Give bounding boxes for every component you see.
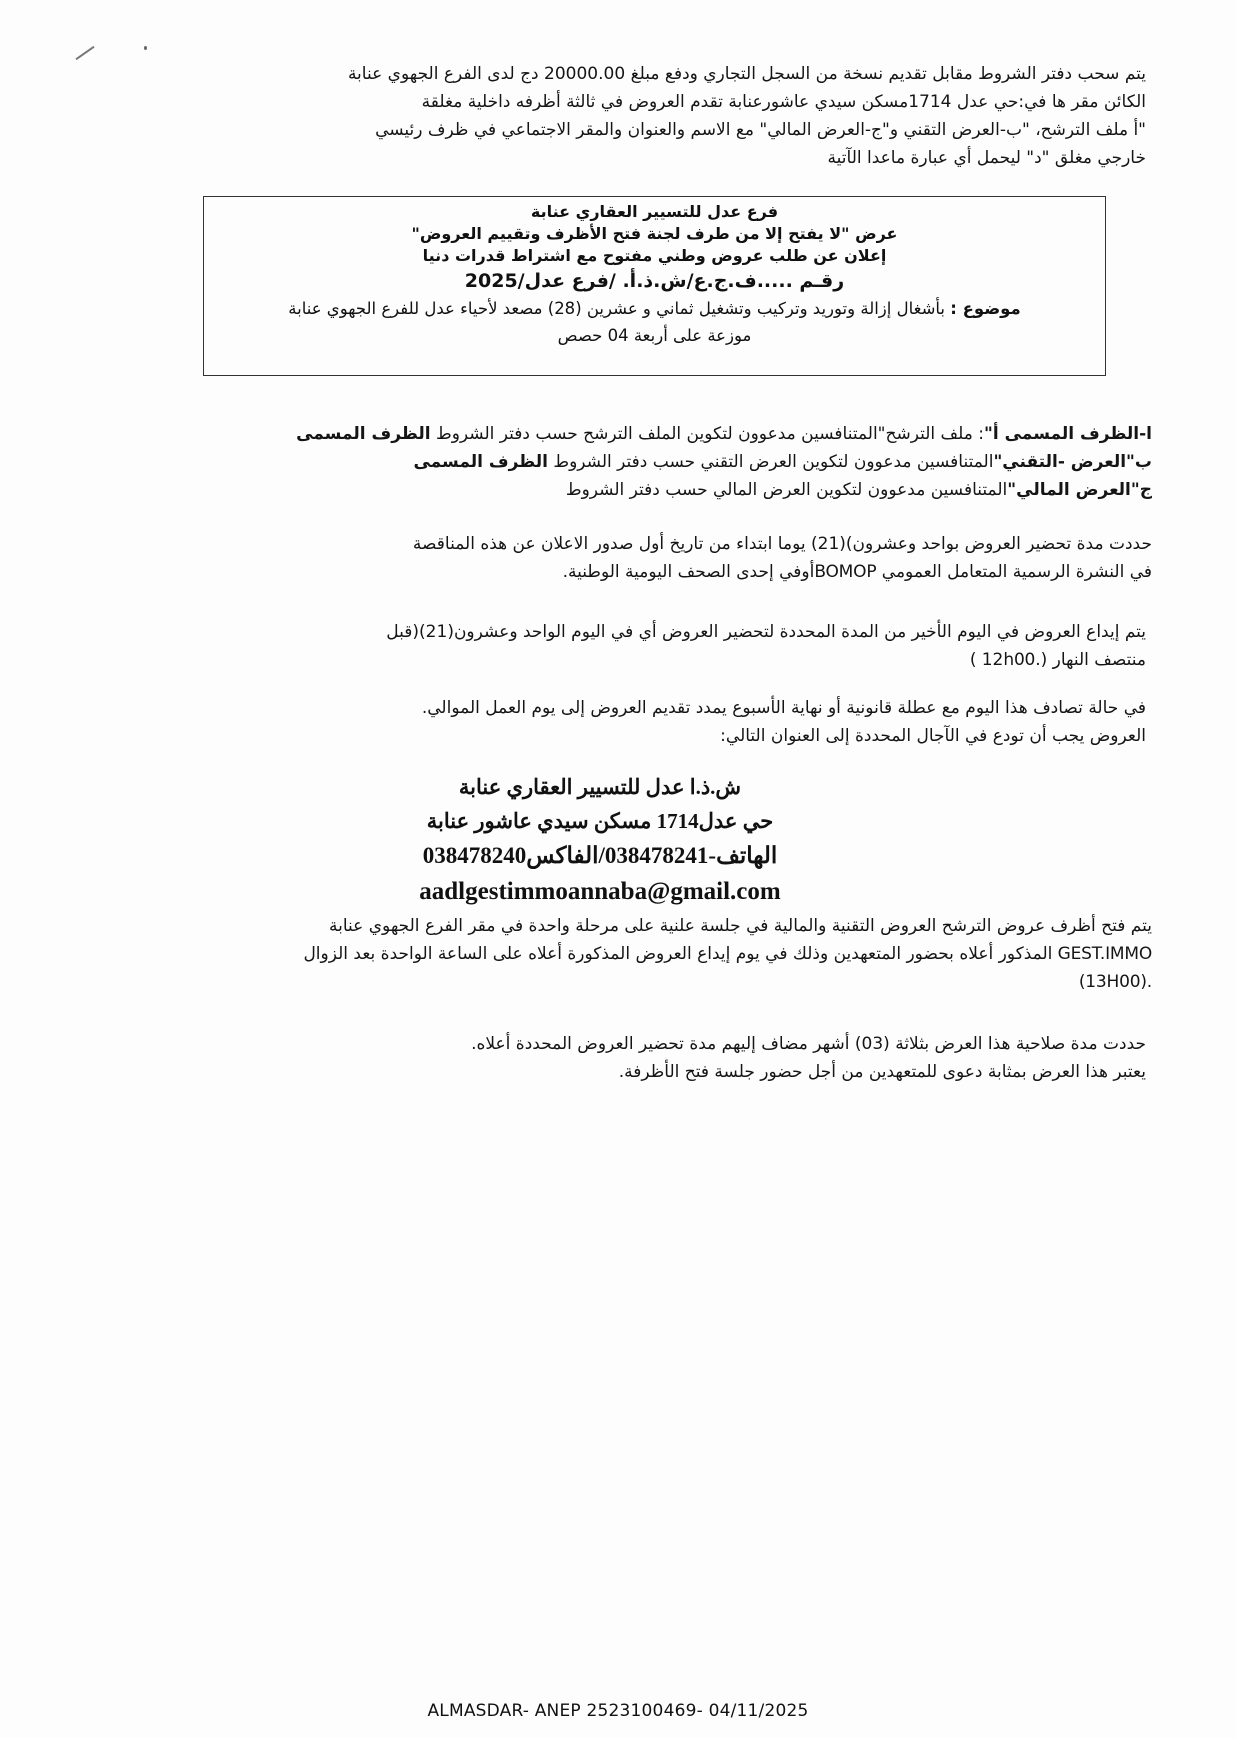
envelope-b-text: المتنافسين مدعوون لتكوين العرض التقني حس… xyxy=(548,452,994,472)
address-email: aadlgestimmoannaba@gmail.com xyxy=(340,875,860,909)
envelope-c-label: ج"العرض المالي" xyxy=(1007,480,1152,500)
opening-line-1: يتم فتح أظرف عروض الترشح العروض التقنية … xyxy=(152,912,1152,940)
envelope-b-label: ب"العرض -التقني" xyxy=(993,452,1152,472)
envelope-a: ا-الظرف المسمى أ": ملف الترشح"المتنافسين… xyxy=(152,420,1152,448)
envelope-b-tail: الظرف المسمى xyxy=(413,452,548,472)
deadline-paragraph: حددت مدة تحضير العروض بواحد وعشرون)(21) … xyxy=(152,530,1152,586)
address-street: حي عدل1714 مسكن سيدي عاشور عنابة xyxy=(340,806,860,836)
intro-line-4: خارجي مغلق "د" ليحمل أي عبارة ماعدا الآت… xyxy=(246,144,1146,172)
tender-number: رقـم .....ف.ج.ع/ش.ذ.أ. /فرع عدل/2025 xyxy=(204,267,1105,295)
tender-subject: موضوع : بأشغال إزالة وتوريد وتركيب وتشغي… xyxy=(204,295,1105,323)
intro-line-1: يتم سحب دفتر الشروط مقابل تقديم نسخة من … xyxy=(246,60,1146,88)
holiday-line-2: العروض يجب أن تودع في الآجال المحددة إلى… xyxy=(246,722,1146,750)
publication-reference-footer: ALMASDAR- ANEP 2523100469- 04/11/2025 xyxy=(0,1701,1236,1721)
address-email-text: aadlgestimmoannaba@gmail.com xyxy=(340,875,860,909)
validity-line-2: يعتبر هذا العرض بمثابة دعوى للمتعهدين من… xyxy=(246,1058,1146,1086)
envelope-c-text: المتنافسين مدعوون لتكوين العرض المالي حس… xyxy=(566,480,1007,500)
intro-paragraph: يتم سحب دفتر الشروط مقابل تقديم نسخة من … xyxy=(246,60,1146,172)
opening-line-2: GEST.IMMO المذكور أعلاه بحضور المتعهدين … xyxy=(152,940,1152,968)
lots-info: موزعة على أربعة 04 حصص xyxy=(204,323,1105,349)
address-org-text: ش.ذ.ا عدل للتسيير العقاري عنابة xyxy=(340,772,860,802)
deposit-line-2: منتصف النهار (.12h00 ) xyxy=(246,646,1146,674)
subject-text: بأشغال إزالة وتوريد وتركيب وتشغيل ثماني … xyxy=(288,299,950,318)
tender-type: إعلان عن طلب عروض وطني مفتوح مع اشتراط ق… xyxy=(204,245,1105,267)
validity-paragraph: حددت مدة صلاحية هذا العرض بثلاثة (03) أش… xyxy=(246,1030,1146,1086)
holiday-paragraph: في حالة تصادف هذا اليوم مع عطلة قانونية … xyxy=(246,694,1146,750)
opening-line-3: .(13H00) xyxy=(152,968,1152,996)
subject-label: موضوع : xyxy=(950,299,1020,318)
envelope-b: ب"العرض -التقني"المتنافسين مدعوون لتكوين… xyxy=(152,448,1152,476)
address-phone-fax-text: الهاتف-038478241/الفاكس038478240 xyxy=(340,840,860,872)
deposit-paragraph: يتم إيداع العروض في اليوم الأخير من المد… xyxy=(246,618,1146,674)
envelopes-list: ا-الظرف المسمى أ": ملف الترشح"المتنافسين… xyxy=(152,420,1152,504)
scan-artifact-speck xyxy=(144,46,147,50)
address-phone-fax: الهاتف-038478241/الفاكس038478240 xyxy=(340,840,860,872)
address-street-text: حي عدل1714 مسكن سيدي عاشور عنابة xyxy=(340,806,860,836)
holiday-line-1: في حالة تصادف هذا اليوم مع عطلة قانونية … xyxy=(246,694,1146,722)
do-not-open-notice: عرض "لا يفتح إلا من طرف لجنة فتح الأظرف … xyxy=(204,223,1105,245)
envelope-a-label: ا-الظرف المسمى أ" xyxy=(984,424,1152,444)
envelope-a-text: : ملف الترشح"المتنافسين مدعوون لتكوين ال… xyxy=(431,424,984,444)
deadline-line-1: حددت مدة تحضير العروض بواحد وعشرون)(21) … xyxy=(152,530,1152,558)
deposit-line-1: يتم إيداع العروض في اليوم الأخير من المد… xyxy=(246,618,1146,646)
address-org: ش.ذ.ا عدل للتسيير العقاري عنابة xyxy=(340,772,860,802)
envelope-c: ج"العرض المالي"المتنافسين مدعوون لتكوين … xyxy=(152,476,1152,504)
deadline-line-2: في النشرة الرسمية المتعامل العمومي BOMOP… xyxy=(152,558,1152,586)
scan-artifact-mark xyxy=(75,46,94,60)
scanned-document-page: يتم سحب دفتر الشروط مقابل تقديم نسخة من … xyxy=(0,0,1236,1738)
issuer-name: فرع عدل للتسيير العقاري عنابة xyxy=(204,201,1105,223)
opening-paragraph: يتم فتح أظرف عروض الترشح العروض التقنية … xyxy=(152,912,1152,996)
intro-line-2: الكائن مقر ها في:حي عدل 1714مسكن سيدي عا… xyxy=(246,88,1146,116)
envelope-a-tail: الظرف المسمى xyxy=(296,424,431,444)
intro-line-3: "أ ملف الترشح، "ب-العرض التقني و"ج-العرض… xyxy=(246,116,1146,144)
validity-line-1: حددت مدة صلاحية هذا العرض بثلاثة (03) أش… xyxy=(246,1030,1146,1058)
tender-header-box: فرع عدل للتسيير العقاري عنابة عرض "لا يف… xyxy=(203,196,1106,376)
